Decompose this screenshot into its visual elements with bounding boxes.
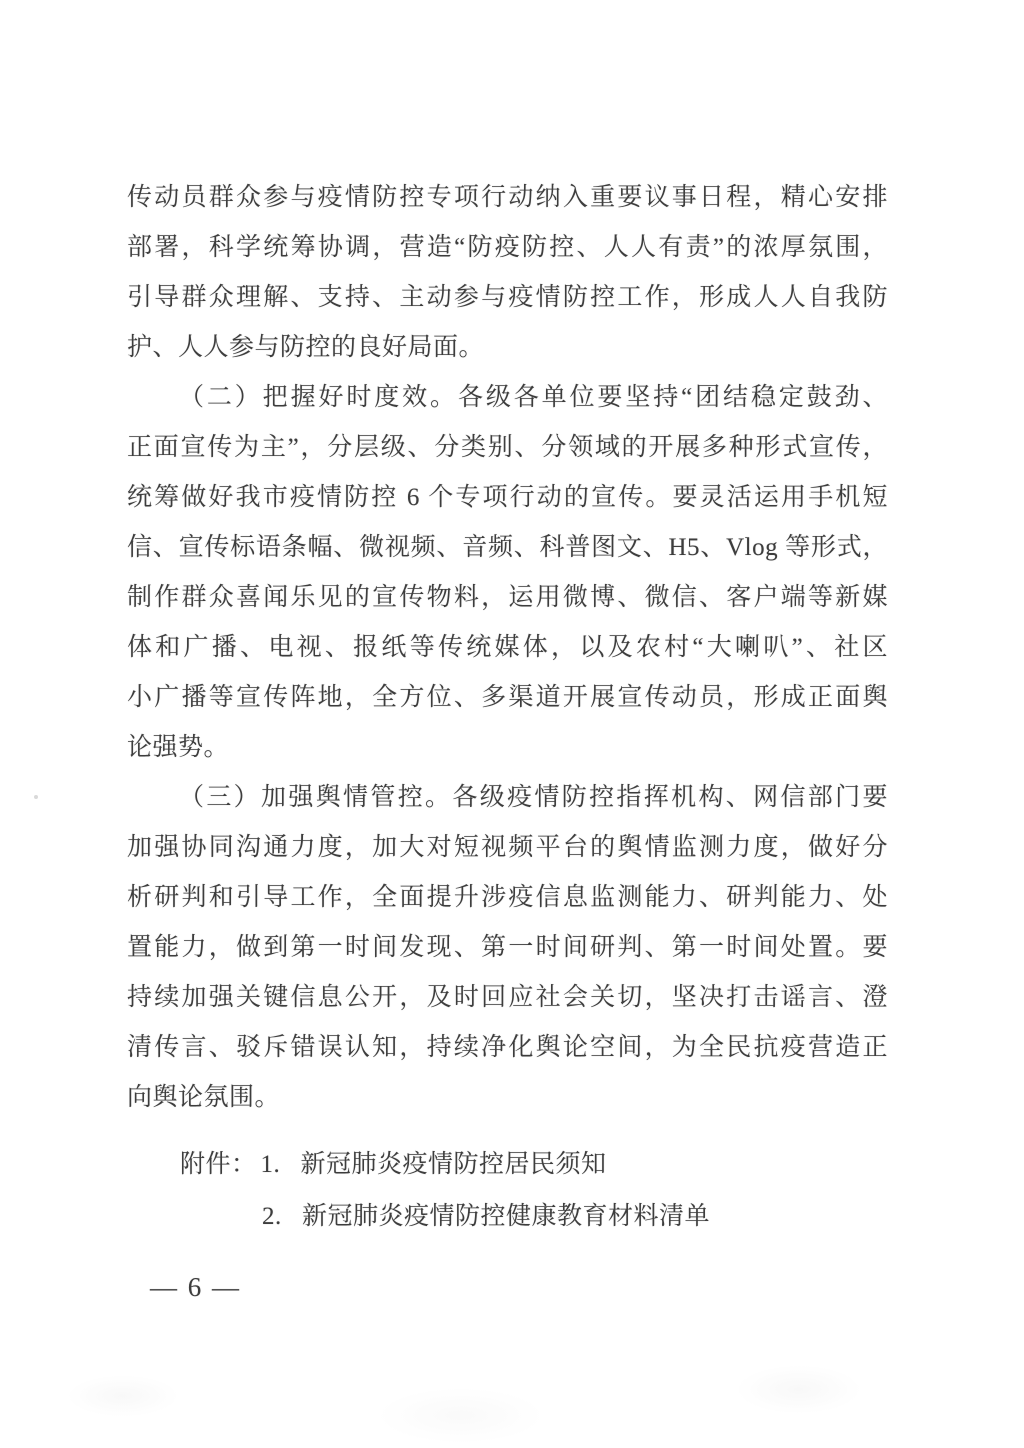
- body-line: 置能力，做到第一时间发现、第一时间研判、第一时间处置。要: [127, 923, 888, 973]
- body-line: 论强势。: [127, 723, 888, 773]
- body-line: 部署，科学统筹协调，营造“防疫防控、人人有责”的浓厚氛围，: [127, 223, 888, 273]
- scan-artifact-speck: [34, 795, 38, 799]
- body-line: 统筹做好我市疫情防控 6 个专项行动的宣传。要灵活运用手机短: [127, 473, 888, 523]
- attachment-item: 2.新冠肺炎疫情防控健康教育材料清单: [180, 1191, 888, 1243]
- body-line: 小广播等宣传阵地，全方位、多渠道开展宣传动员，形成正面舆: [127, 673, 888, 723]
- body-line: 向舆论氛围。: [127, 1073, 888, 1123]
- page-number: — 6 —: [150, 1272, 241, 1303]
- body-line: 引导群众理解、支持、主动参与疫情防控工作，形成人人自我防: [127, 273, 888, 323]
- document-page: 传动员群众参与疫情防控专项行动纳入重要议事日程，精心安排 部署，科学统筹协调，营…: [0, 0, 1024, 1448]
- body-line-paragraph-3-start: （三）加强舆情管控。各级疫情防控指挥机构、网信部门要: [127, 773, 888, 823]
- attachment-item: 附件：1.新冠肺炎疫情防控居民须知: [180, 1139, 888, 1191]
- body-line: 清传言、驳斥错误认知，持续净化舆论空间，为全民抗疫营造正: [127, 1023, 888, 1073]
- body-line: 护、人人参与防控的良好局面。: [127, 323, 888, 373]
- body-line: 加强协同沟通力度，加大对短视频平台的舆情监测力度，做好分: [127, 823, 888, 873]
- body-line: 体和广播、电视、报纸等传统媒体，以及农村“大喇叭”、社区: [127, 623, 888, 673]
- attachment-list: 附件：1.新冠肺炎疫情防控居民须知 2.新冠肺炎疫情防控健康教育材料清单: [127, 1139, 888, 1243]
- attachment-item-title: 新冠肺炎疫情防控居民须知: [301, 1151, 607, 1178]
- body-line-paragraph-2-start: （二）把握好时度效。各级各单位要坚持“团结稳定鼓劲、: [127, 373, 888, 423]
- attachment-item-title: 新冠肺炎疫情防控健康教育材料清单: [302, 1203, 710, 1230]
- body-line: 信、宣传标语条幅、微视频、音频、科普图文、H5、Vlog 等形式，: [127, 523, 888, 573]
- body-line: 正面宣传为主”，分层级、分类别、分领域的开展多种形式宣传，: [127, 423, 888, 473]
- body-line: 持续加强关键信息公开，及时回应社会关切，坚决打击谣言、澄: [127, 973, 888, 1023]
- body-line: 传动员群众参与疫情防控专项行动纳入重要议事日程，精心安排: [127, 173, 888, 223]
- attachment-label: 附件：: [180, 1139, 257, 1191]
- attachment-item-number: 2.: [262, 1191, 302, 1243]
- body-line: 析研判和引导工作，全面提升涉疫信息监测能力、研判能力、处: [127, 873, 888, 923]
- document-body: 传动员群众参与疫情防控专项行动纳入重要议事日程，精心安排 部署，科学统筹协调，营…: [127, 173, 888, 1243]
- attachment-item-number: 1.: [261, 1139, 301, 1191]
- body-line: 制作群众喜闻乐见的宣传物料，运用微博、微信、客户端等新媒: [127, 573, 888, 623]
